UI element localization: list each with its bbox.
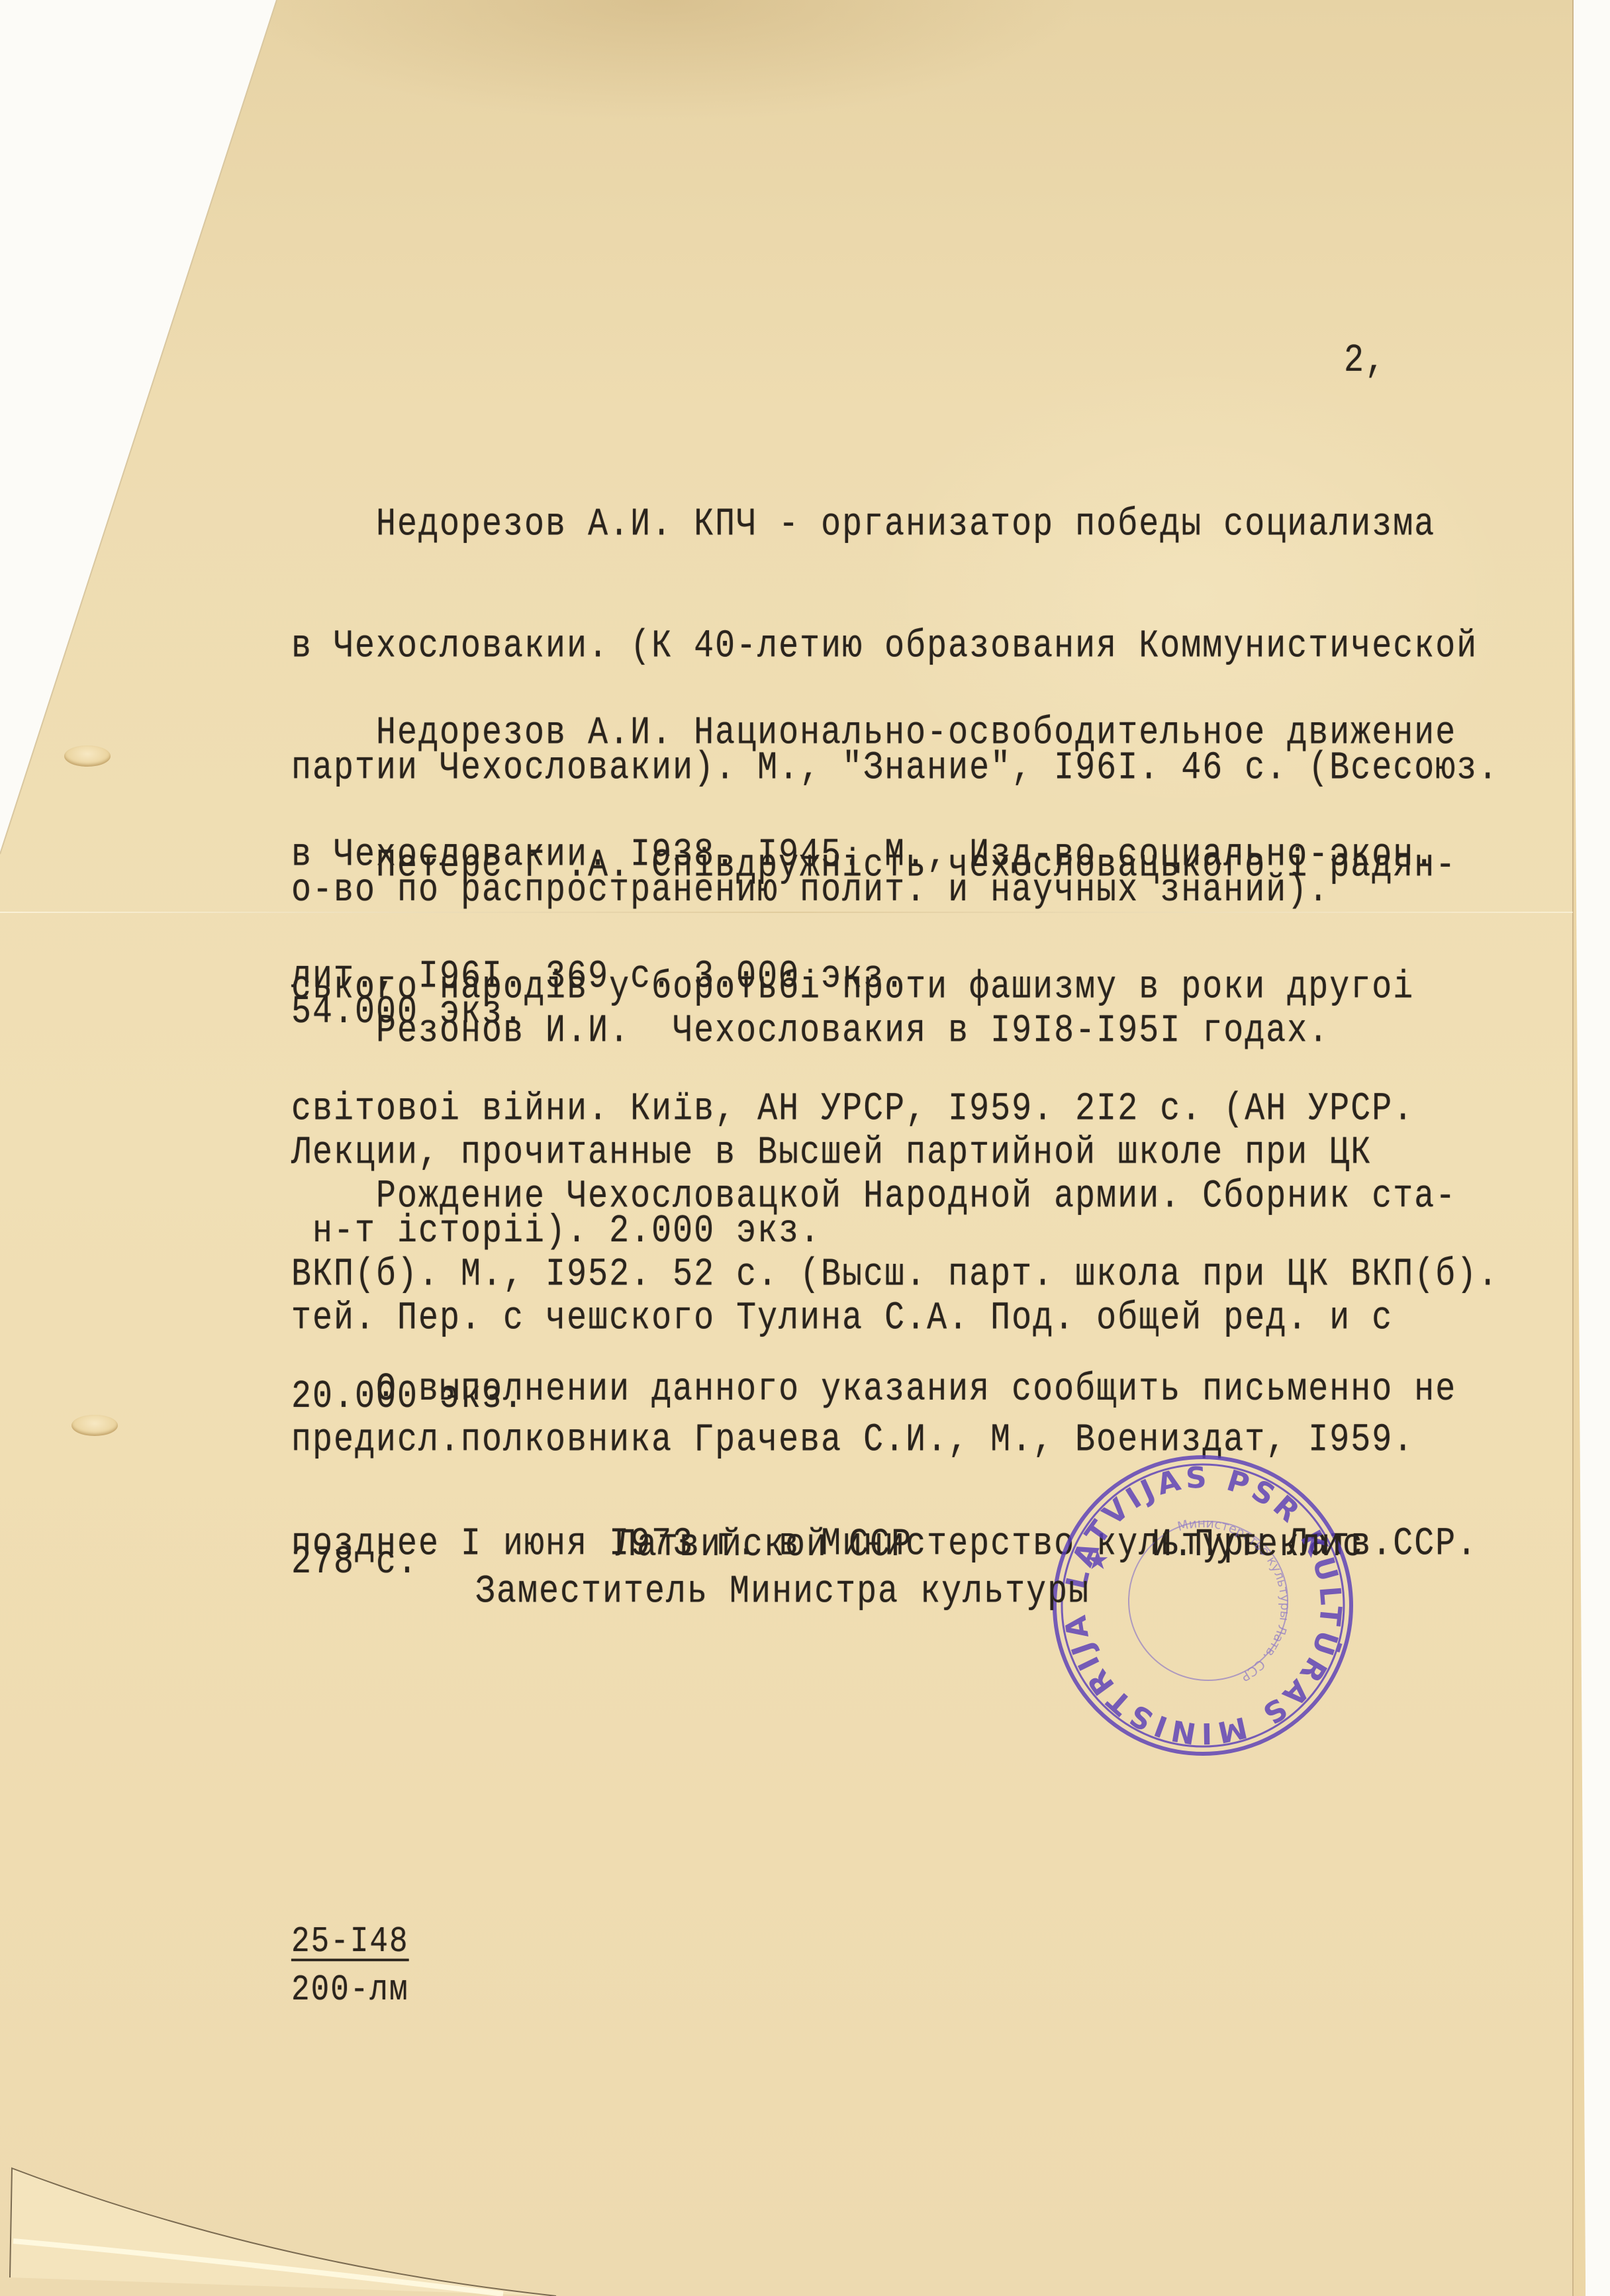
footer-code-order: 25-I48	[291, 1921, 409, 1962]
punch-hole-bottom	[71, 1415, 118, 1436]
entry-line: Резонов И.И. Чехословакия в I9I8-I95I го…	[291, 1012, 1499, 1052]
official-stamp: LATVIJAS PSR KULTŪRAS MINISTRIJA Министе…	[1047, 1450, 1358, 1761]
instruction-line: О выполнении данного указания сообщить п…	[291, 1364, 1478, 1416]
scanned-document: 2, Недорезов А.И. КПЧ - организатор побе…	[0, 0, 1610, 2296]
page-number: 2,	[1344, 341, 1386, 381]
footer-code-copies: 200-лм	[291, 1970, 409, 2010]
punch-hole-top	[64, 745, 111, 767]
entry-line: Недорезов А.И. КПЧ - организатор победы …	[291, 505, 1499, 546]
signature-block: Заместитель Министра культуры	[475, 1491, 1090, 1694]
entry-line: Недорезов А.И. Национально-освободительн…	[291, 714, 1456, 754]
entry-line: Рождение Чехословацкой Народной армии. С…	[291, 1177, 1456, 1218]
signatory-title: Заместитель Министра культуры	[475, 1572, 1090, 1613]
stamp-outer-text: LATVIJAS PSR KULTŪRAS MINISTRIJA	[1059, 1460, 1348, 1750]
signatory-name: И.Путеклис	[1152, 1525, 1364, 1566]
entry-line: Петерс Г .А. Співдружність чехословацько…	[291, 846, 1456, 886]
signatory-title-line-2: Латвийской ССР	[616, 1525, 912, 1566]
